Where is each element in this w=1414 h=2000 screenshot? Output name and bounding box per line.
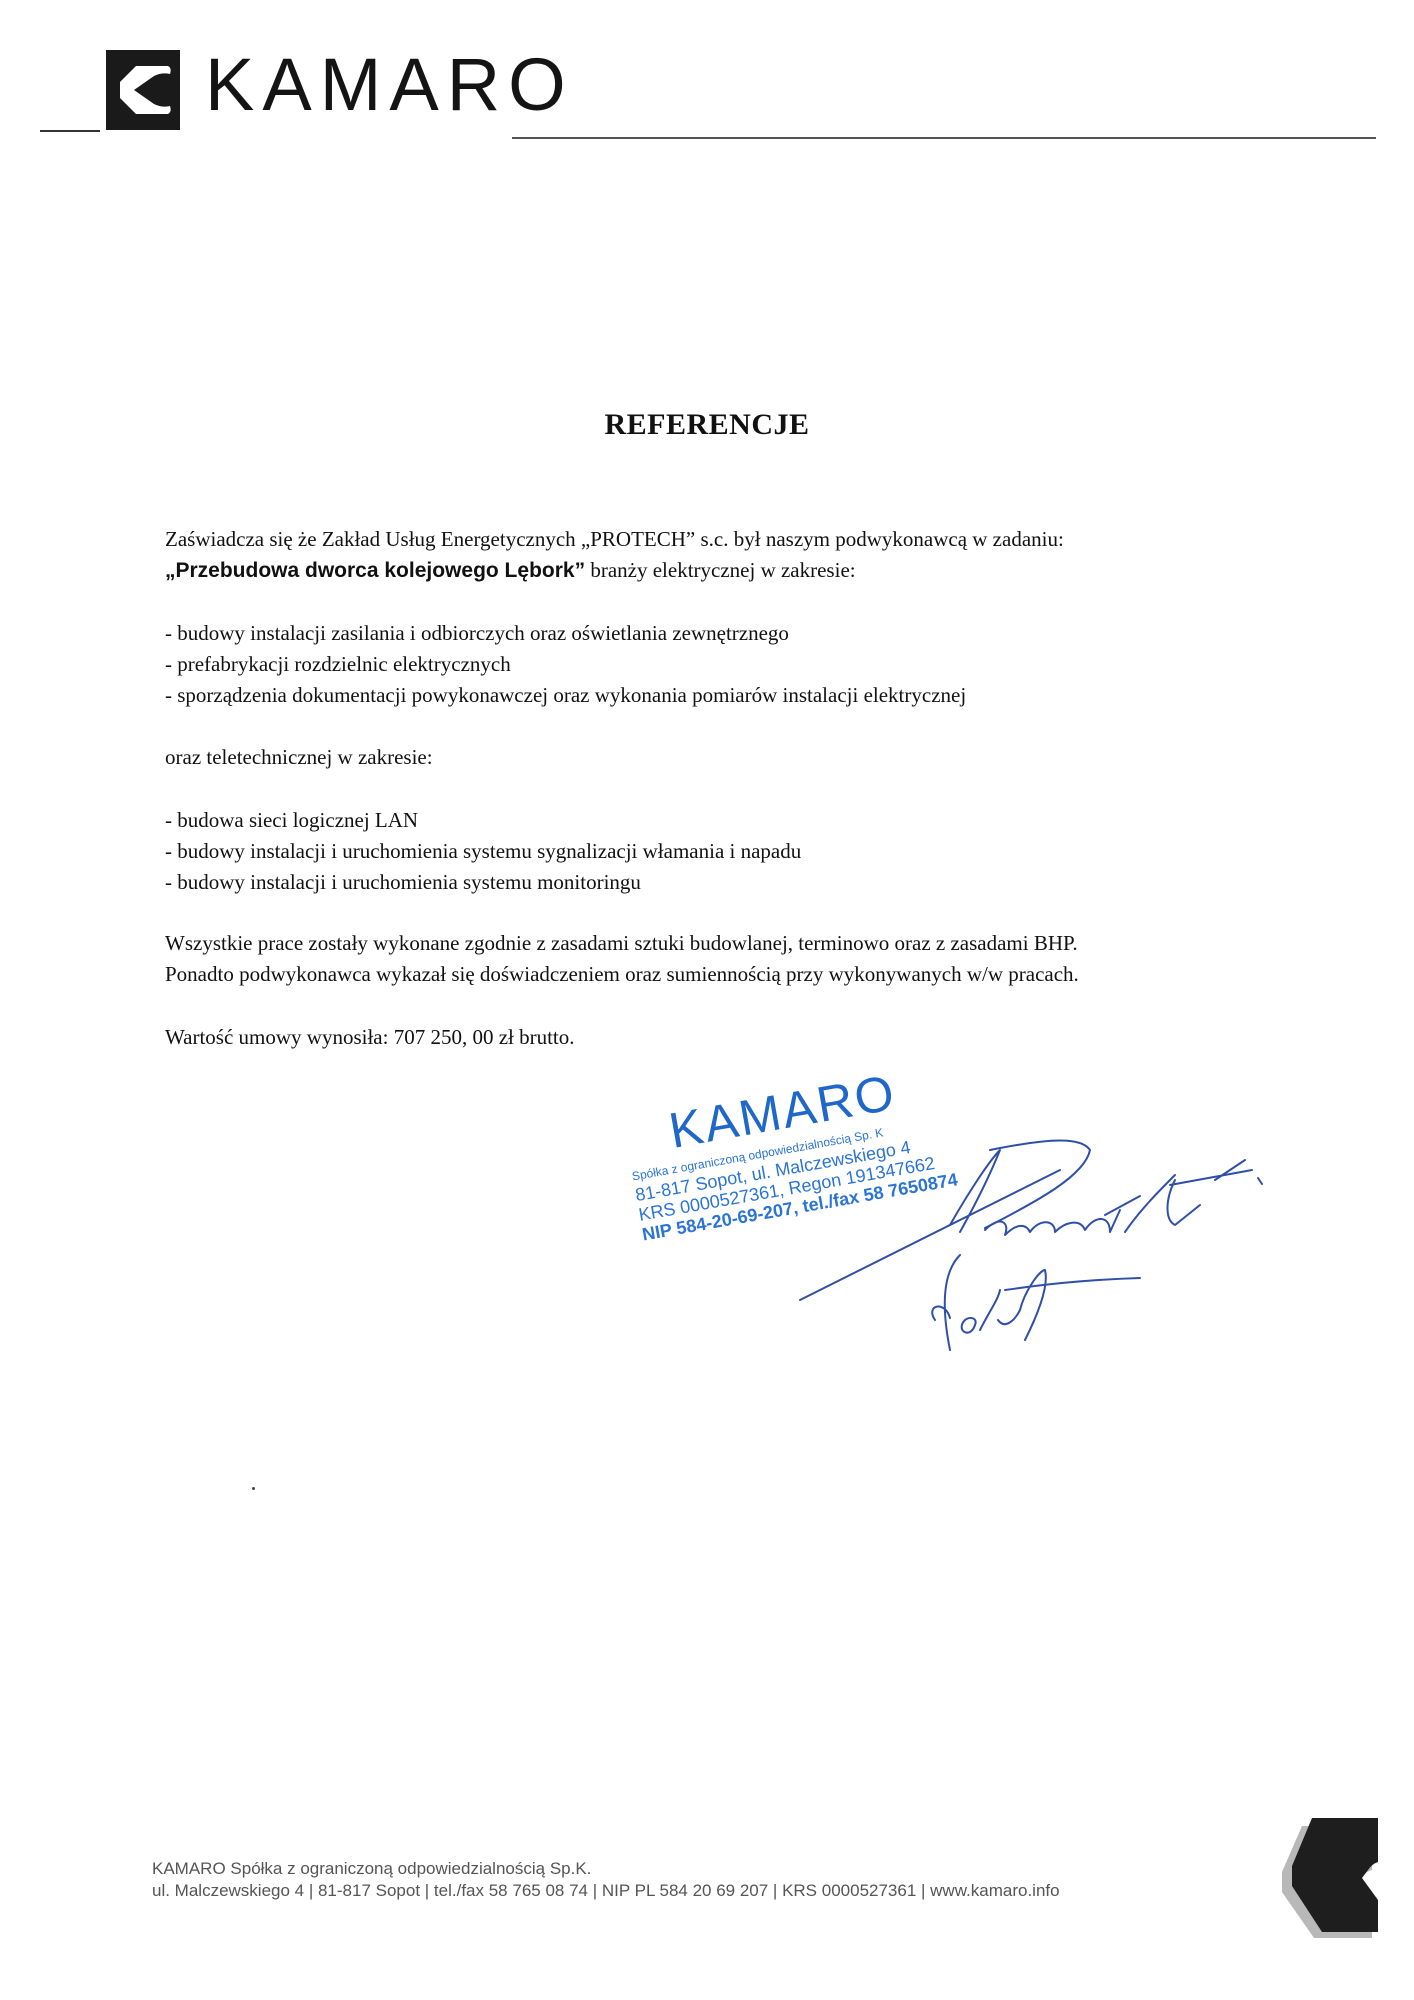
footer-contact: ul. Malczewskiego 4 | 81-817 Sopot | tel… [152,1880,1060,1902]
kamaro-chevron-mark-icon [1278,1808,1388,1948]
handwritten-signature-icon [0,0,1414,2000]
footer: KAMARO Spółka z ograniczoną odpowiedzial… [152,1858,1060,1902]
scan-speck [252,1487,255,1490]
footer-company: KAMARO Spółka z ograniczoną odpowiedzial… [152,1858,1060,1880]
